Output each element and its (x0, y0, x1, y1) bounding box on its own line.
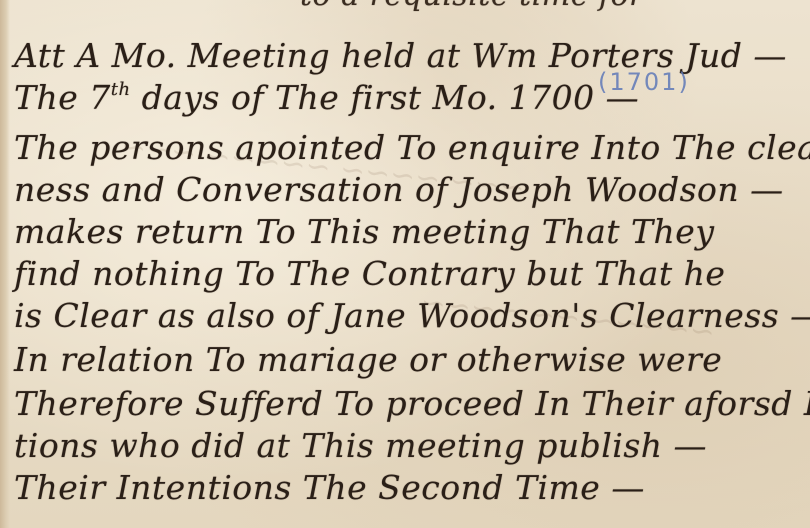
manuscript-line-8: In relation To mariage or otherwise were (14, 340, 722, 379)
line-2-end: days of The first Mo. 1700 — (131, 78, 639, 117)
manuscript-line-6: find nothing To The Contrary but That he (14, 254, 725, 293)
manuscript-line-7: is Clear as also of Jane Woodson's Clear… (14, 296, 810, 335)
manuscript-line-4: ness and Conversation of Joseph Woodson … (14, 170, 784, 209)
page-margin-edge (0, 0, 10, 528)
manuscript-line-3: The persons apointed To enquire Into The… (14, 128, 810, 167)
manuscript-line-2: The 7th days of The first Mo. 1700 — (14, 78, 639, 117)
line-2-start: The 7 (14, 78, 111, 117)
margin-annotation-year: (1701) (598, 68, 690, 96)
ordinal-suffix: th (111, 79, 131, 100)
manuscript-line-9: Therefore Sufferd To proceed In Their af… (14, 384, 810, 423)
manuscript-line-5: makes return To This meeting That They (14, 212, 714, 251)
partial-top-line: to a requisite time for (300, 0, 644, 13)
manuscript-line-11: Their Intentions The Second Time — (14, 468, 645, 507)
manuscript-line-10: tions who did at This meeting publish — (14, 426, 707, 465)
manuscript-page: ~~~ ~~~~ ~~~~~ ~~~ ~~~~~ ~~ ~~~~ to a re… (0, 0, 810, 528)
